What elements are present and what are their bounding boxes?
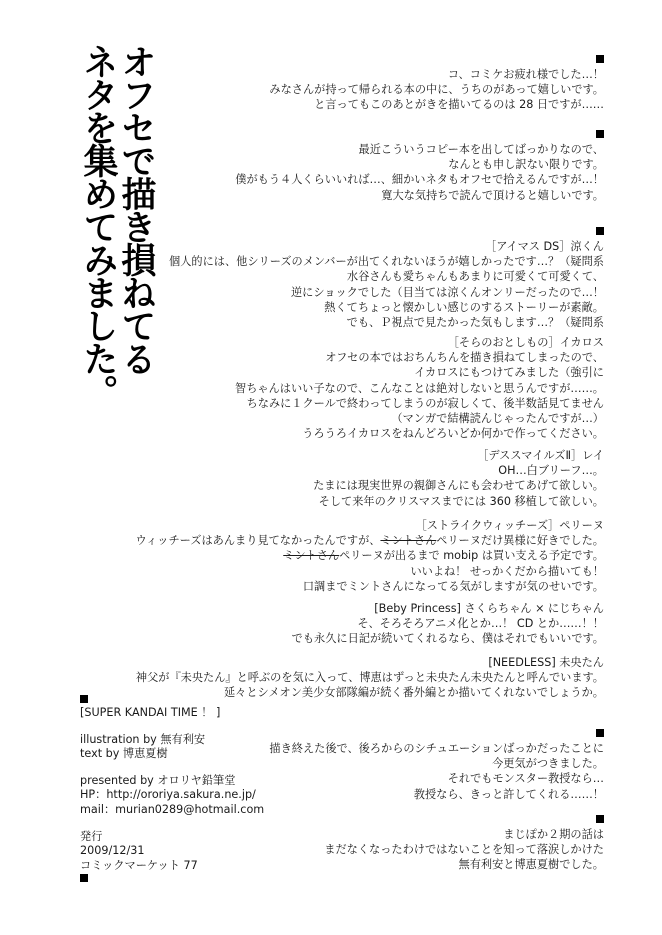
- section-marker-icon: [596, 55, 604, 63]
- section-line: そして来年のクリスマスまでには 360 移植して欲しい。: [313, 494, 604, 509]
- section-line: 智ちゃんはいい子なので、こんなことは絶対しないと思うんですが……。: [235, 381, 604, 396]
- section-line: でも永久に日記が続いてくれるなら、僕はそれでもいいです。: [292, 631, 604, 646]
- section-line: うろうろイカロスをねんどろいどか何かで作ってください。: [235, 426, 604, 441]
- section-line: そ、そろそろアニメ化とか…！ CD とか……！！: [292, 616, 604, 631]
- afterword-line: 描き終えた後で、後ろからのシチュエーションばっかだったことに: [269, 741, 604, 756]
- apology-line: なんとも申し訳ない限りです。: [235, 157, 604, 172]
- issued-label: 発行: [80, 830, 264, 845]
- section-line: 逆にショックでした（目当ては涼くんオンリーだったので…！: [169, 285, 604, 300]
- afterword-line: 教授なら、きっと許してくれる……！: [269, 787, 604, 802]
- section-deathsmiles: ［デススマイルズⅡ］レイ OH…白ブリーフ…。 たまには現実世界の親御さんにも会…: [313, 448, 604, 509]
- section-line: ちなみに１クールで終わってしまうのが寂しくて、後半数話見てません: [235, 396, 604, 411]
- section-line: オフセの本ではおちんちんを描き損ねてしまったので、: [235, 350, 604, 365]
- intro-block: コ、コミケお疲れ様でした…！ みなさんが持って帰られる本の中に、うちのがあって嬉…: [269, 52, 604, 113]
- section-sora-no-otoshimono: ［そらのおとしもの］イカロス オフセの本ではおちんちんを描き損ねてしまったので、…: [235, 335, 604, 441]
- afterword-line: 今更気がつきました。: [269, 756, 604, 771]
- section-marker-icon: [596, 729, 604, 737]
- colophon: [SUPER KANDAI TIME ！ ] illustration by 無…: [80, 694, 264, 885]
- text-credit: text by 博恵夏樹: [80, 747, 264, 762]
- closing-line: まだなくなったわけではないことを知って落涙しかけた: [324, 842, 604, 857]
- apology-line: 最近こういうコピー本を出してばっかりなので、: [235, 142, 604, 157]
- section-marker-icon: [596, 130, 604, 138]
- section-line: ウィッチーズはあんまり見てなかったんですが、ミントさんペリーヌだけ異様に好きでし…: [136, 533, 604, 548]
- afterword-block: 描き終えた後で、後ろからのシチュエーションばっかだったことに 今更気がつきました…: [269, 726, 604, 802]
- closing-line: 無有利安と博恵夏樹でした。: [324, 857, 604, 872]
- event-name: コミックマーケット 77: [80, 859, 264, 874]
- section-line: 熱くてちょっと懐かしい感じのするストーリーが素敵。: [169, 300, 604, 315]
- email-link[interactable]: mail：murian0289@hotmail.com: [80, 803, 264, 818]
- section-heading: ［アイマス DS］涼くん: [169, 239, 604, 254]
- section-line: でも、Ｐ視点で見たかった気もします…？（疑問系: [169, 315, 604, 330]
- section-line: イカロスにもつけてみました（強引に: [235, 365, 604, 380]
- section-heading: ［ストライクウィッチーズ］ペリーヌ: [136, 518, 604, 533]
- intro-line: と言ってもこのあとがきを描いてるのは 28 日ですが……: [269, 97, 604, 112]
- page-title-line-2: ネタを集めてみました。: [78, 44, 118, 407]
- section-line: ミントさんペリーヌが出るまで mobip は買い支える予定です。: [136, 548, 604, 563]
- section-heading: ［そらのおとしもの］イカロス: [235, 335, 604, 350]
- book-title: [SUPER KANDAI TIME ！ ]: [80, 706, 264, 721]
- afterword-line: それでもモンスター教授なら…: [269, 771, 604, 786]
- section-marker-icon: [596, 227, 604, 235]
- section-heading: ［デススマイルズⅡ］レイ: [313, 448, 604, 463]
- publisher-credit: presented by オロリヤ鉛筆堂: [80, 774, 264, 789]
- illustration-credit: illustration by 無有利安: [80, 733, 264, 748]
- issue-date: 2009/12/31: [80, 844, 264, 859]
- section-line: 口調までミントさんになってる気がしますが気のせいです。: [136, 579, 604, 594]
- section-heading: [NEEDLESS] 未央たん: [136, 655, 604, 670]
- section-line: OH…白ブリーフ…。: [313, 463, 604, 478]
- apology-line: 寛大な気持ちで読んで頂けると嬉しいです。: [235, 188, 604, 203]
- section-line: 神父が『未央たん』と呼ぶのを気に入って、博恵はずっと未央たん未央たんと呼んでいま…: [136, 670, 604, 685]
- section-strike-witches: ［ストライクウィッチーズ］ペリーヌ ウィッチーズはあんまり見てなかったんですが、…: [136, 518, 604, 594]
- section-marker-icon: [596, 815, 604, 823]
- section-line: 水谷さんも愛ちゃんもあまりに可愛くて可愛くて、: [169, 269, 604, 284]
- closing-block: まじぽか２期の話は まだなくなったわけではないことを知って落涙しかけた 無有利安…: [324, 812, 604, 873]
- page-title-line-1: オフセで描き損ねてる: [116, 44, 156, 374]
- section-baby-princess: [Beby Princess] さくらちゃん × にじちゃん そ、そろそろアニメ…: [292, 601, 604, 647]
- apology-block: 最近こういうコピー本を出してばっかりなので、 なんとも申し訳ない限りです。 僕が…: [235, 127, 604, 203]
- section-line: 個人的には、他シリーズのメンバーが出てくれないほうが嬉しかったです…？（疑問系: [169, 254, 604, 269]
- closing-line: まじぽか２期の話は: [324, 827, 604, 842]
- section-idolmaster: ［アイマス DS］涼くん 個人的には、他シリーズのメンバーが出てくれないほうが嬉…: [169, 224, 604, 330]
- intro-line: コ、コミケお疲れ様でした…！: [269, 67, 604, 82]
- section-line: （マンガで結構読んじゃったんですが…）: [235, 411, 604, 426]
- section-marker-icon: [80, 695, 88, 703]
- intro-line: みなさんが持って帰られる本の中に、うちのがあって嬉しいです。: [269, 82, 604, 97]
- section-line: いいよね！ せっかくだから描いても！: [136, 564, 604, 579]
- homepage-link[interactable]: HP：http://ororiya.sakura.ne.jp/: [80, 788, 264, 803]
- section-heading: [Beby Princess] さくらちゃん × にじちゃん: [292, 601, 604, 616]
- apology-line: 僕がもう４人くらいいれば…、細かいネタもオフセで拾えるんですが…！: [235, 172, 604, 187]
- section-line: たまには現実世界の親御さんにも会わせてあげて欲しい。: [313, 478, 604, 493]
- section-marker-icon: [80, 874, 88, 882]
